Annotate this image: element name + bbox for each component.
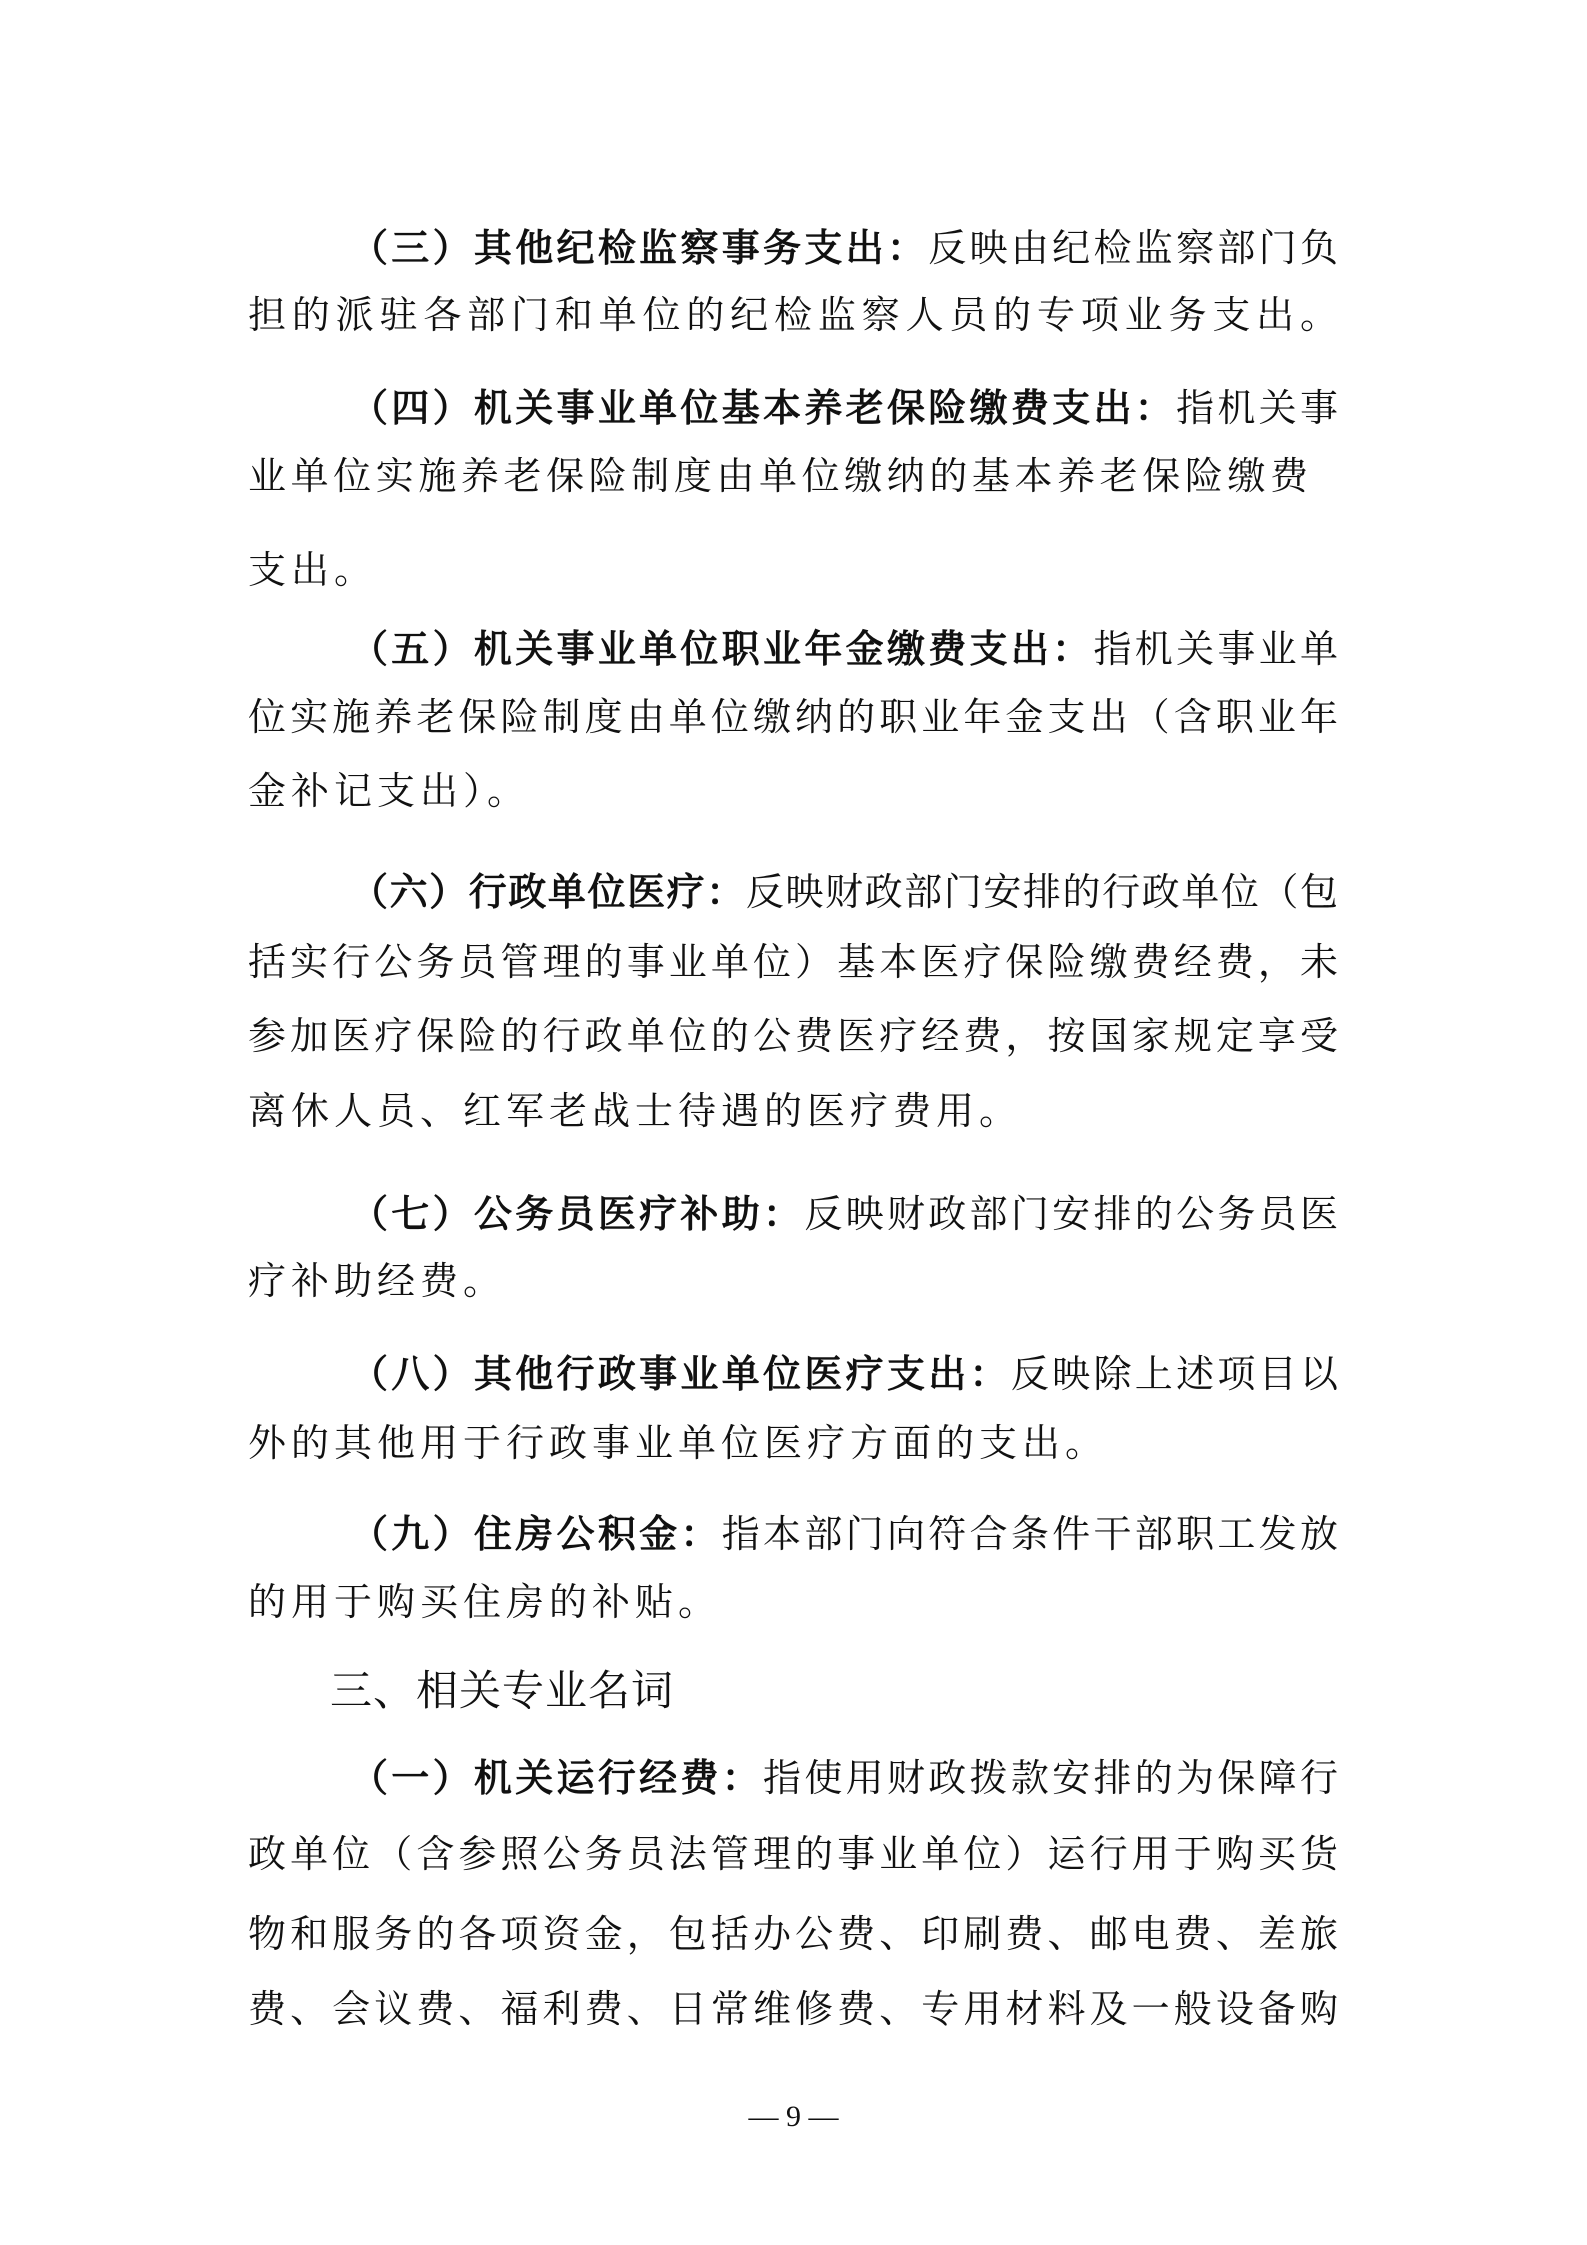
paragraph-9-line-2: 的用于购买住房的补贴。 [248,1577,1338,1627]
paragraph-8-line-2: 外的其他用于行政事业单位医疗方面的支出。 [248,1418,1338,1468]
paragraph-4-line-1: （四）机关事业单位基本养老保险缴费支出：指机关事 [350,383,1338,433]
paragraph-4-title: （四）机关事业单位基本养老保险缴费支出： [350,385,1176,430]
section-heading: 三、相关专业名词 [330,1666,674,1716]
paragraph-3-title: （三）其他纪检监察事务支出： [350,225,928,270]
section-paragraph-1-line-4: 费、会议费、福利费、日常维修费、专用材料及一般设备购 [248,1984,1338,2034]
document-page: （三）其他纪检监察事务支出：反映由纪检监察部门负 担的派驻各部门和单位的纪检监察… [0,0,1587,2245]
paragraph-6-title: （六）行政单位医疗： [350,869,746,914]
paragraph-3-line-2: 担的派驻各部门和单位的纪检监察人员的专项业务支出。 [248,290,1338,340]
paragraph-9-title: （九）住房公积金： [350,1511,722,1556]
paragraph-6-line-2: 括实行公务员管理的事业单位）基本医疗保险缴费经费，未 [248,937,1338,987]
paragraph-7-title: （七）公务员医疗补助： [350,1191,804,1236]
paragraph-7-line-2: 疗补助经费。 [248,1256,1338,1306]
section-paragraph-1-title: （一）机关运行经费： [350,1755,763,1800]
section-paragraph-1-line-3: 物和服务的各项资金，包括办公费、印刷费、邮电费、差旅 [248,1909,1338,1959]
paragraph-5-title: （五）机关事业单位职业年金缴费支出： [350,626,1093,671]
paragraph-6-line-4: 离休人员、红军老战士待遇的医疗费用。 [248,1086,1338,1136]
page-number: — 9 — [0,2097,1587,2137]
paragraph-8-line-1: （八）其他行政事业单位医疗支出：反映除上述项目以 [350,1349,1338,1399]
paragraph-5-line-1: （五）机关事业单位职业年金缴费支出：指机关事业单 [350,624,1338,674]
paragraph-6-line-1: （六）行政单位医疗：反映财政部门安排的行政单位（包 [350,867,1338,917]
section-paragraph-1-line-2: 政单位（含参照公务员法管理的事业单位）运行用于购买货 [248,1829,1338,1879]
paragraph-4-line-3: 支出。 [248,545,1338,595]
section-paragraph-1-line-1: （一）机关运行经费：指使用财政拨款安排的为保障行 [350,1753,1338,1803]
paragraph-8-title: （八）其他行政事业单位医疗支出： [350,1351,1011,1396]
paragraph-4-line-2: 业单位实施养老保险制度由单位缴纳的基本养老保险缴费 [248,451,1308,501]
paragraph-7-line-1: （七）公务员医疗补助：反映财政部门安排的公务员医 [350,1189,1338,1239]
paragraph-5-line-2: 位实施养老保险制度由单位缴纳的职业年金支出（含职业年 [248,692,1338,742]
paragraph-3-line-1: （三）其他纪检监察事务支出：反映由纪检监察部门负 [350,223,1338,273]
paragraph-5-line-3: 金补记支出）。 [248,766,1338,816]
paragraph-9-line-1: （九）住房公积金：指本部门向符合条件干部职工发放 [350,1509,1338,1559]
paragraph-6-line-3: 参加医疗保险的行政单位的公费医疗经费，按国家规定享受 [248,1011,1338,1061]
